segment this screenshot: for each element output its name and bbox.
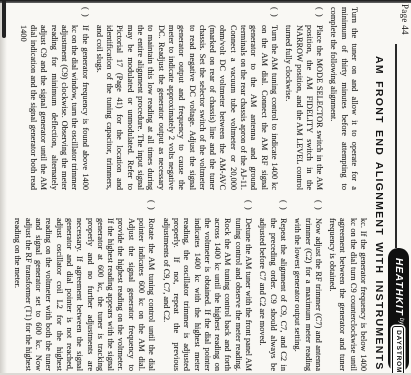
scan-edge-shadow	[0, 0, 7, 375]
checkbox-marker: ( )	[79, 7, 89, 18]
checklist-item: ( ) Detune the AM tuner with the front p…	[160, 200, 253, 371]
checkbox-marker: ( )	[243, 200, 253, 211]
checkbox-marker: ( )	[314, 7, 324, 18]
paragraph-text: Turn the AM tuning control to indicate 1…	[95, 25, 279, 190]
paragraph-text: If the generator frequency is found abov…	[19, 25, 90, 190]
heathkit-logo-text: HEATHKIT	[393, 258, 404, 316]
checklist-item: ( ) Repeat the alignment of C9, C7, and …	[257, 200, 288, 371]
continuation-paragraph: kc. If the generator frequency is below …	[327, 200, 368, 371]
page-number: Page 44	[400, 4, 410, 35]
paragraph-text: Now adjust the RF trimmer (C7) and anten…	[293, 218, 323, 371]
checklist-item: ( ) Now adjust the RF trimmer (C7) and a…	[292, 200, 323, 371]
paragraph-text: kc. If the generator frequency is below …	[328, 218, 368, 371]
checklist-item: ( ) Turn the AM tuning control to indica…	[94, 7, 279, 190]
checkbox-marker: ( )	[313, 200, 323, 211]
page-title: AM FRONT END ALIGNMENT WITH INSTRUMENTS	[373, 56, 385, 371]
scan-edge-top	[0, 0, 411, 3]
paragraph-text: Detune the AM tuner with the front panel…	[162, 218, 253, 371]
checkbox-marker: ( )	[269, 7, 279, 18]
checkbox-marker: ( )	[278, 200, 288, 211]
intro-paragraph: Turn the tuner on and allow it to operat…	[328, 7, 359, 190]
checklist-item: ( ) If the generator frequency is found …	[18, 7, 90, 190]
header-rule	[395, 44, 397, 248]
manual-page-rotated: Page 44 HEATHKIT by DAYSTROM AM FRONT EN…	[0, 0, 411, 375]
scanned-manual-screenshot: Page 44 HEATHKIT by DAYSTROM AM FRONT EN…	[0, 0, 411, 375]
paragraph-text: Repeat the alignment of C9, C7, and C2 i…	[258, 218, 288, 371]
heathkit-daystrom-logo: HEATHKIT by DAYSTROM	[388, 248, 409, 372]
checklist-item: ( ) Rotate the AM tuning control until t…	[12, 200, 156, 371]
left-column: Turn the tuner on and allow it to operat…	[14, 7, 360, 190]
scan-edge-left	[2, 0, 6, 38]
daystrom-logo-text: DAYSTROM	[393, 326, 405, 375]
logo-by-text: by	[399, 318, 405, 324]
paragraph-text: Place the MODE SELECTOR switch in the AM…	[284, 25, 324, 190]
right-column: kc. If the generator frequency is below …	[8, 200, 368, 371]
checklist-item: ( ) Place the MODE SELECTOR switch in th…	[283, 7, 324, 190]
paragraph-text: Rotate the AM tuning control until the d…	[14, 218, 157, 371]
checkbox-marker: ( )	[146, 200, 156, 211]
paragraph-text: Turn the tuner on and allow it to operat…	[329, 7, 359, 190]
